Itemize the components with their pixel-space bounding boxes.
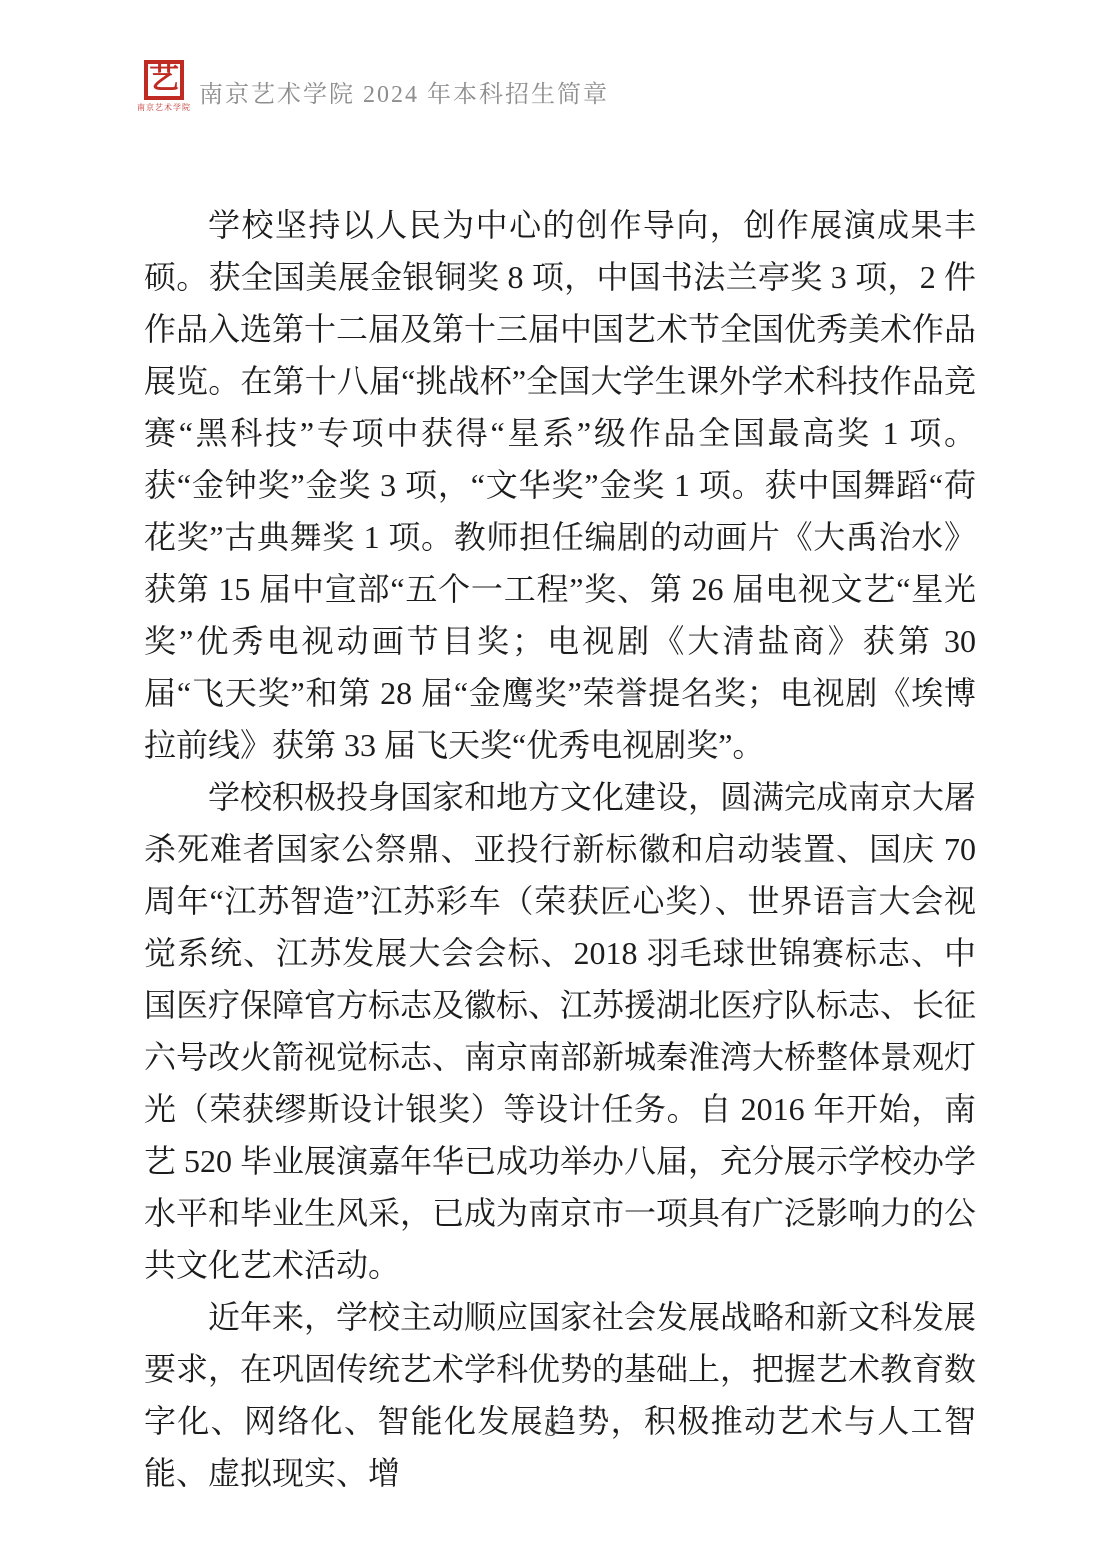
logo-script-text: 南京艺术学院	[137, 103, 191, 112]
page-footer: 3	[0, 1416, 1102, 1442]
document-body: 学校坚持以人民为中心的创作导向，创作展演成果丰硕。获全国美展金银铜奖 8 项，中…	[144, 199, 976, 1499]
paragraph-recent-years: 近年来，学校主动顺应国家社会发展战略和新文科发展要求，在巩固传统艺术学科优势的基…	[144, 1291, 976, 1499]
paragraph-achievements: 学校坚持以人民为中心的创作导向，创作展演成果丰硕。获全国美展金银铜奖 8 项，中…	[144, 199, 976, 771]
document-page: 艺 南京艺术学院 南京艺术学院 2024 年本科招生简章 学校坚持以人民为中心的…	[0, 0, 1102, 1559]
seal-character: 艺	[149, 64, 179, 94]
university-logo: 艺 南京艺术学院	[137, 60, 191, 112]
page-header: 艺 南京艺术学院 南京艺术学院 2024 年本科招生简章	[137, 60, 609, 112]
page-number: 3	[546, 1416, 557, 1441]
paragraph-cultural-projects: 学校积极投身国家和地方文化建设，圆满完成南京大屠杀死难者国家公祭鼎、亚投行新标徽…	[144, 771, 976, 1291]
university-seal-icon: 艺	[144, 60, 184, 100]
header-title: 南京艺术学院 2024 年本科招生简章	[199, 74, 609, 109]
